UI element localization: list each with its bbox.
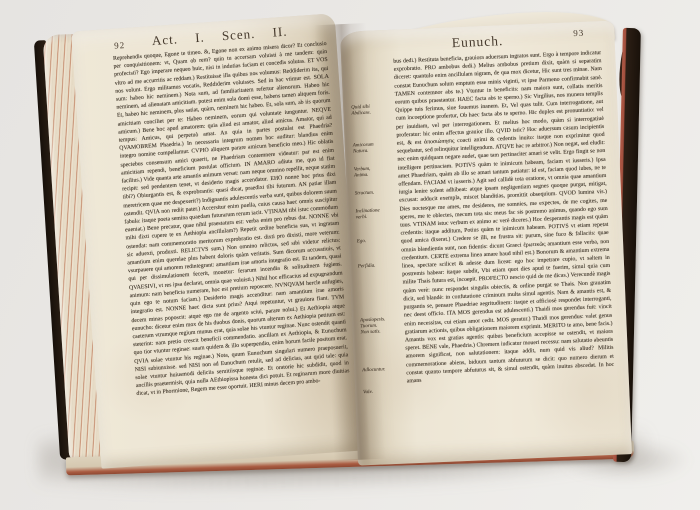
margin-note: Quid sibi Abdicare. xyxy=(351,105,371,118)
margin-note: Amicorum Natura. xyxy=(353,143,374,156)
margin-note: Inclinatione verbi. xyxy=(355,208,380,221)
margin-note: Verbum, Anima. xyxy=(354,167,371,180)
right-page-text: bus dedi.) Restituta beneficia, grauiora… xyxy=(393,49,617,435)
margin-note: Structum. xyxy=(355,191,375,198)
margin-note: Vale. xyxy=(363,390,373,396)
margin-note: Aposiopesis. Tuorum. Non satis. xyxy=(360,317,386,336)
margin-note: Ego. xyxy=(357,239,367,245)
left-page-text: Reprehendis quoque, Egone te timeo. &, E… xyxy=(113,40,353,430)
left-page: 92 Act. I. Scen. II. Reprehendis quoque,… xyxy=(71,13,365,468)
left-page-number: 92 xyxy=(114,40,126,51)
margin-note: Adlocuntur. xyxy=(362,367,385,374)
margin-note: Perfidia. xyxy=(358,264,376,271)
right-page-number: 93 xyxy=(573,28,584,38)
right-page: Eunuch. 93 Quid sibi Abdicare. Amicorum … xyxy=(340,20,632,465)
photo-background: 92 Act. I. Scen. II. Reprehendis quoque,… xyxy=(0,0,700,510)
